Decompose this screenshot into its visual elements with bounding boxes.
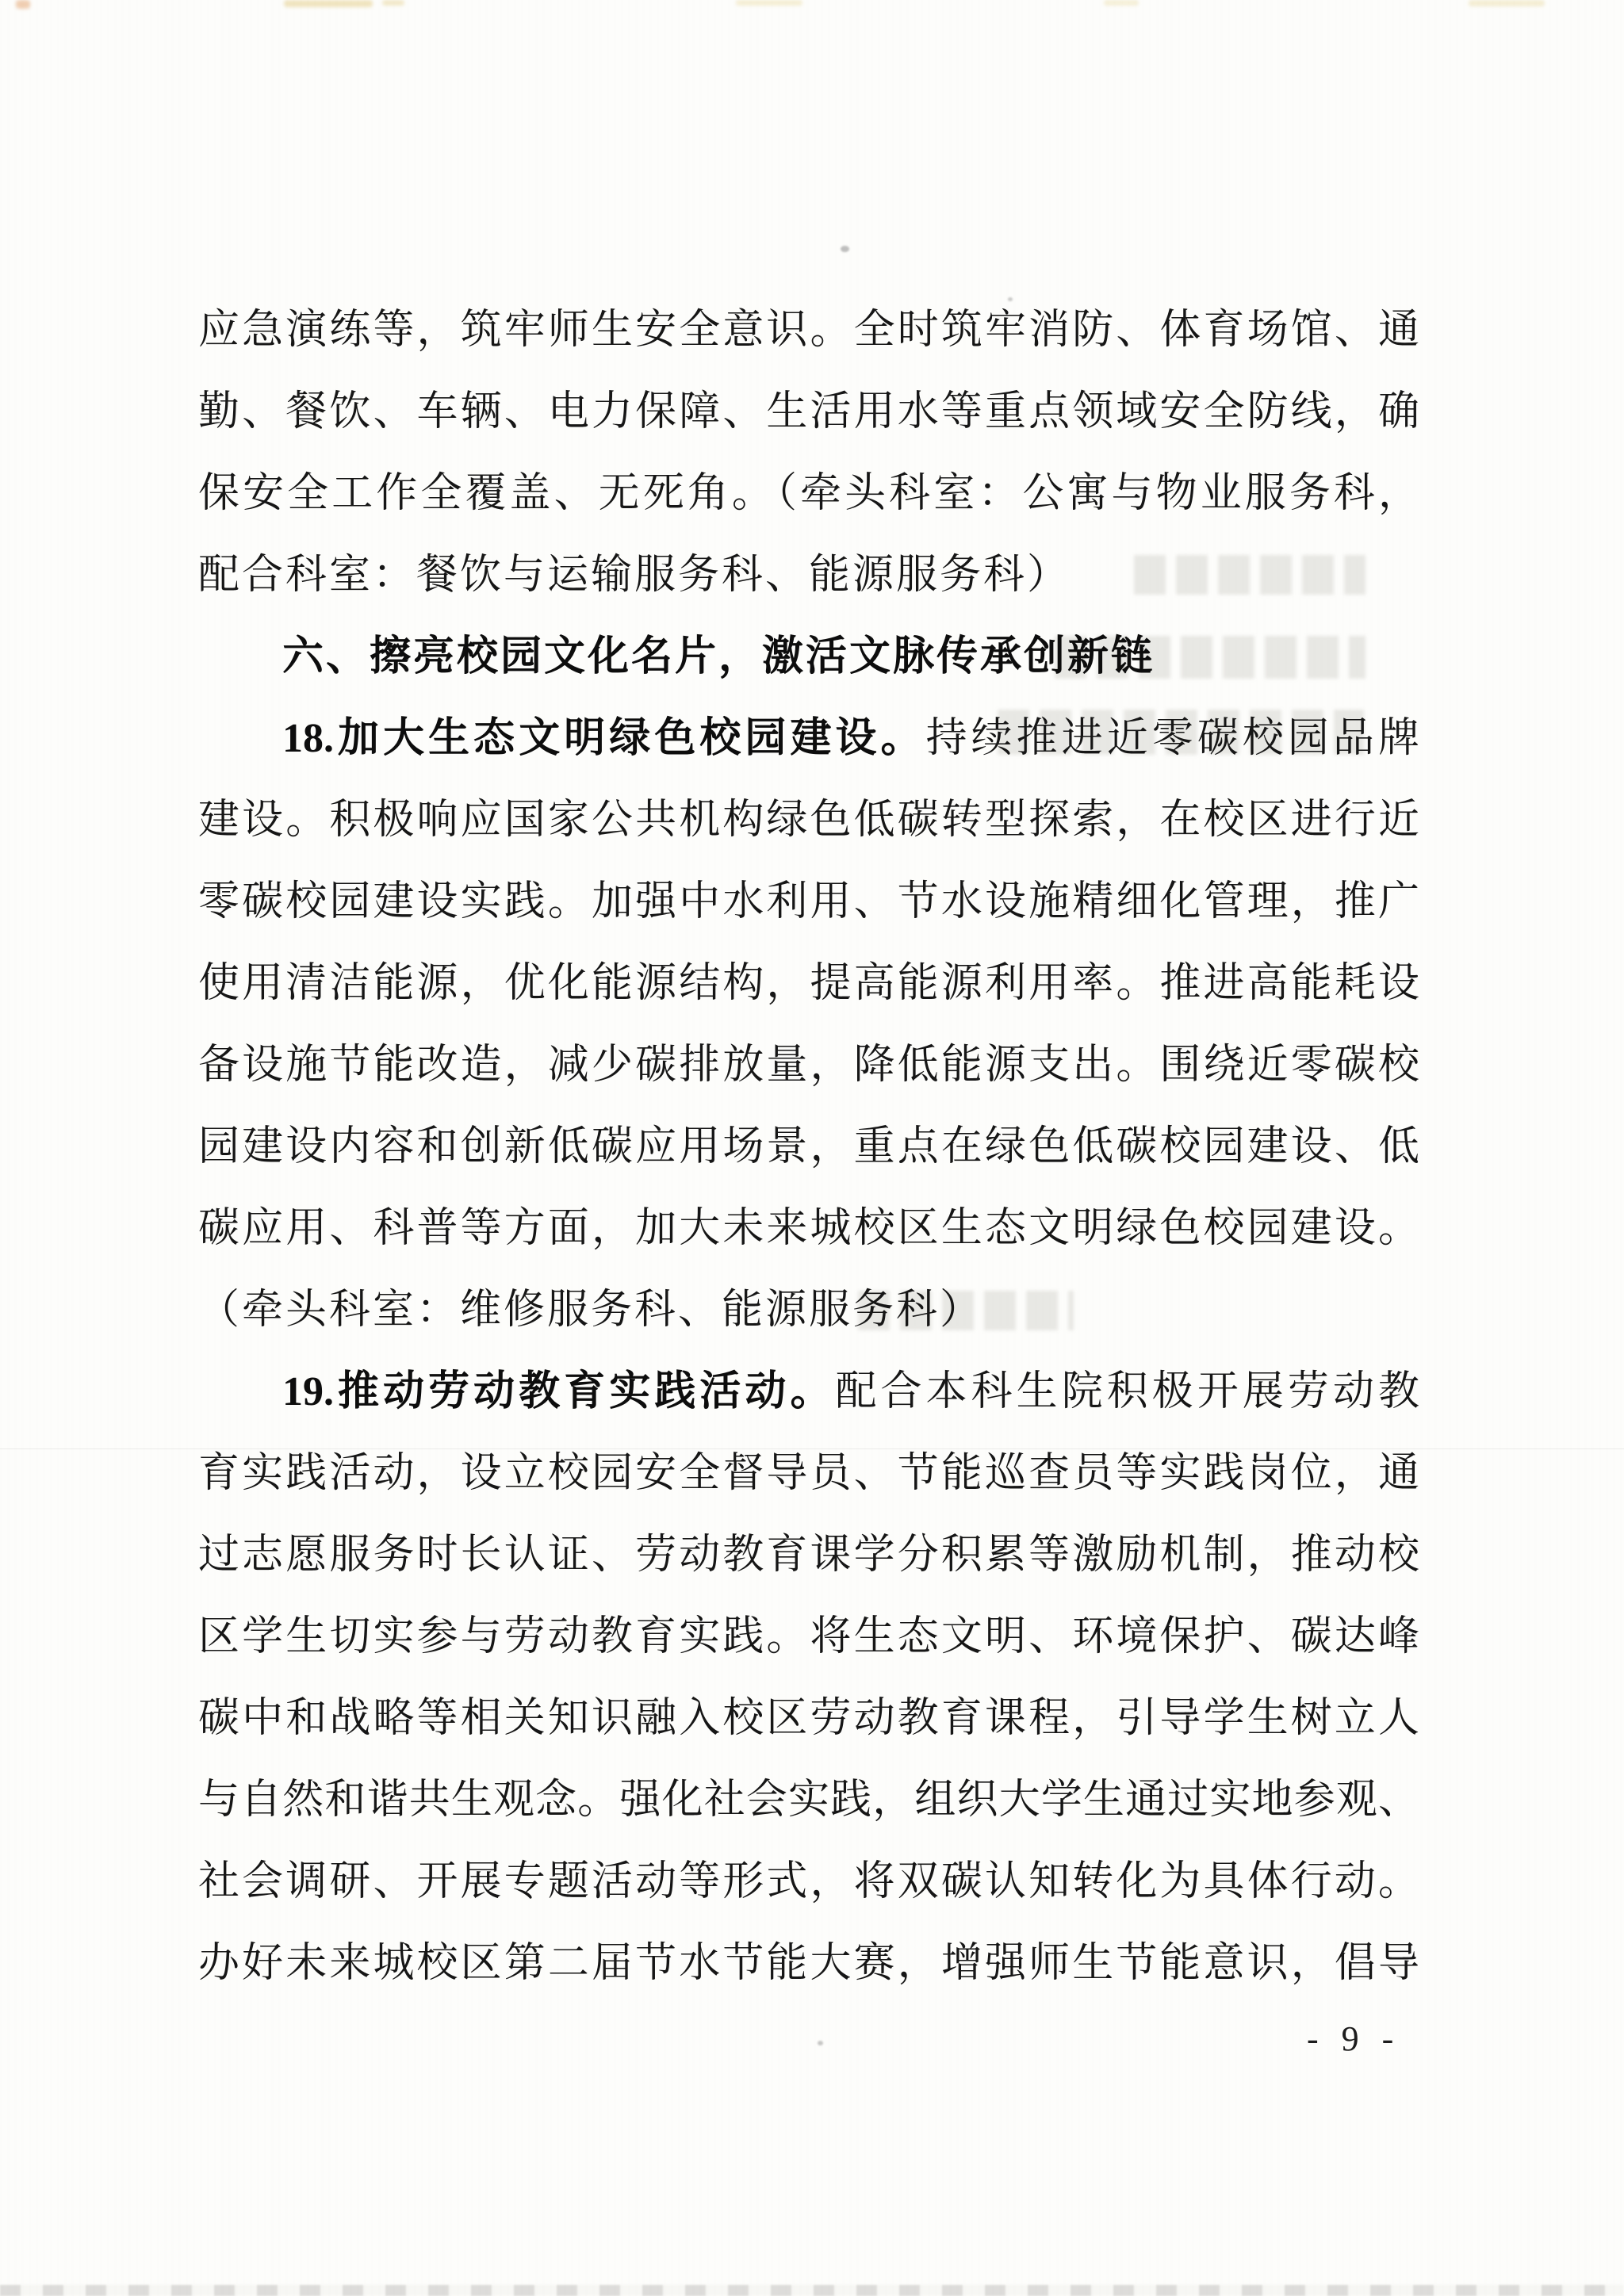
paragraph-line: 与自然和谐共生观念。强化社会实践，组织大学生通过实地参观、: [198, 1759, 1419, 1841]
bottom-scan-band: [0, 2285, 1624, 2296]
document-body: 应急演练等，筑牢师生安全意识。全时筑牢消防、体育场馆、通 勤、餐饮、车辆、电力保…: [198, 289, 1419, 2004]
scan-smudge: [16, 0, 30, 9]
paragraph-line: 勤、餐饮、车辆、电力保障、生活用水等重点领域安全防线，确: [198, 371, 1419, 453]
paragraph-line: 零碳校园建设实践。加强中水利用、节水设施精细化管理，推广: [198, 861, 1419, 943]
paragraph-line: 园建设内容和创新低碳应用场景，重点在绿色低碳校园建设、低: [198, 1106, 1419, 1188]
scan-smudge: [382, 0, 404, 6]
scan-speck: [818, 2041, 823, 2045]
page-number: - 9 -: [1307, 2019, 1400, 2059]
paragraph-line: 保安全工作全覆盖、无死角。（牵头科室：公寓与物业服务科，: [198, 453, 1419, 534]
paragraph-line: 建设。积极响应国家公共机构绿色低碳转型探索，在校区进行近: [198, 779, 1419, 861]
paragraph-line: 碳应用、科普等方面，加大未来城校区生态文明绿色校园建设。: [198, 1188, 1419, 1269]
scan-smudge: [1104, 0, 1139, 6]
scan-smudge: [284, 0, 373, 7]
paragraph-line: （牵头科室：维修服务科、能源服务科）: [198, 1269, 1419, 1351]
scan-speck: [841, 246, 849, 252]
item-19-first-line: 19.推动劳动教育实践活动。配合本科生院积极开展劳动教: [198, 1351, 1419, 1433]
scan-smudge: [736, 0, 802, 6]
paragraph-line: 育实践活动，设立校园安全督导员、节能巡查员等实践岗位，通: [198, 1433, 1419, 1514]
item-19-text: 配合本科生院积极开展劳动教: [836, 1369, 1420, 1414]
paragraph-line: 备设施节能改造，减少碳排放量，降低能源支出。围绕近零碳校: [198, 1024, 1419, 1106]
section-heading: 六、擦亮校园文化名片，激活文脉传承创新链: [198, 616, 1419, 698]
paragraph-line: 区学生切实参与劳动教育实践。将生态文明、环境保护、碳达峰: [198, 1596, 1419, 1678]
item-19-title: 19.推动劳动教育实践活动。: [282, 1369, 836, 1414]
scan-smudge: [1469, 0, 1545, 6]
scanned-document-page: 应急演练等，筑牢师生安全意识。全时筑牢消防、体育场馆、通 勤、餐饮、车辆、电力保…: [0, 0, 1624, 2296]
paragraph-line: 应急演练等，筑牢师生安全意识。全时筑牢消防、体育场馆、通: [198, 289, 1419, 371]
paragraph-line: 社会调研、开展专题活动等形式，将双碳认知转化为具体行动。: [198, 1841, 1419, 1923]
item-18-text: 持续推进近零碳校园品牌: [926, 716, 1419, 761]
paragraph-line: 使用清洁能源，优化能源结构，提高能源利用率。推进高能耗设: [198, 943, 1419, 1024]
paragraph-line: 碳中和战略等相关知识融入校区劳动教育课程，引导学生树立人: [198, 1678, 1419, 1759]
item-18-title: 18.加大生态文明绿色校园建设。: [282, 716, 926, 761]
paragraph-line: 过志愿服务时长认证、劳动教育课学分积累等激励机制，推动校: [198, 1514, 1419, 1596]
item-18-first-line: 18.加大生态文明绿色校园建设。持续推进近零碳校园品牌: [198, 698, 1419, 779]
paragraph-line: 配合科室：餐饮与运输服务科、能源服务科）: [198, 534, 1419, 616]
paragraph-line: 办好未来城校区第二届节水节能大赛，增强师生节能意识，倡导: [198, 1923, 1419, 2004]
